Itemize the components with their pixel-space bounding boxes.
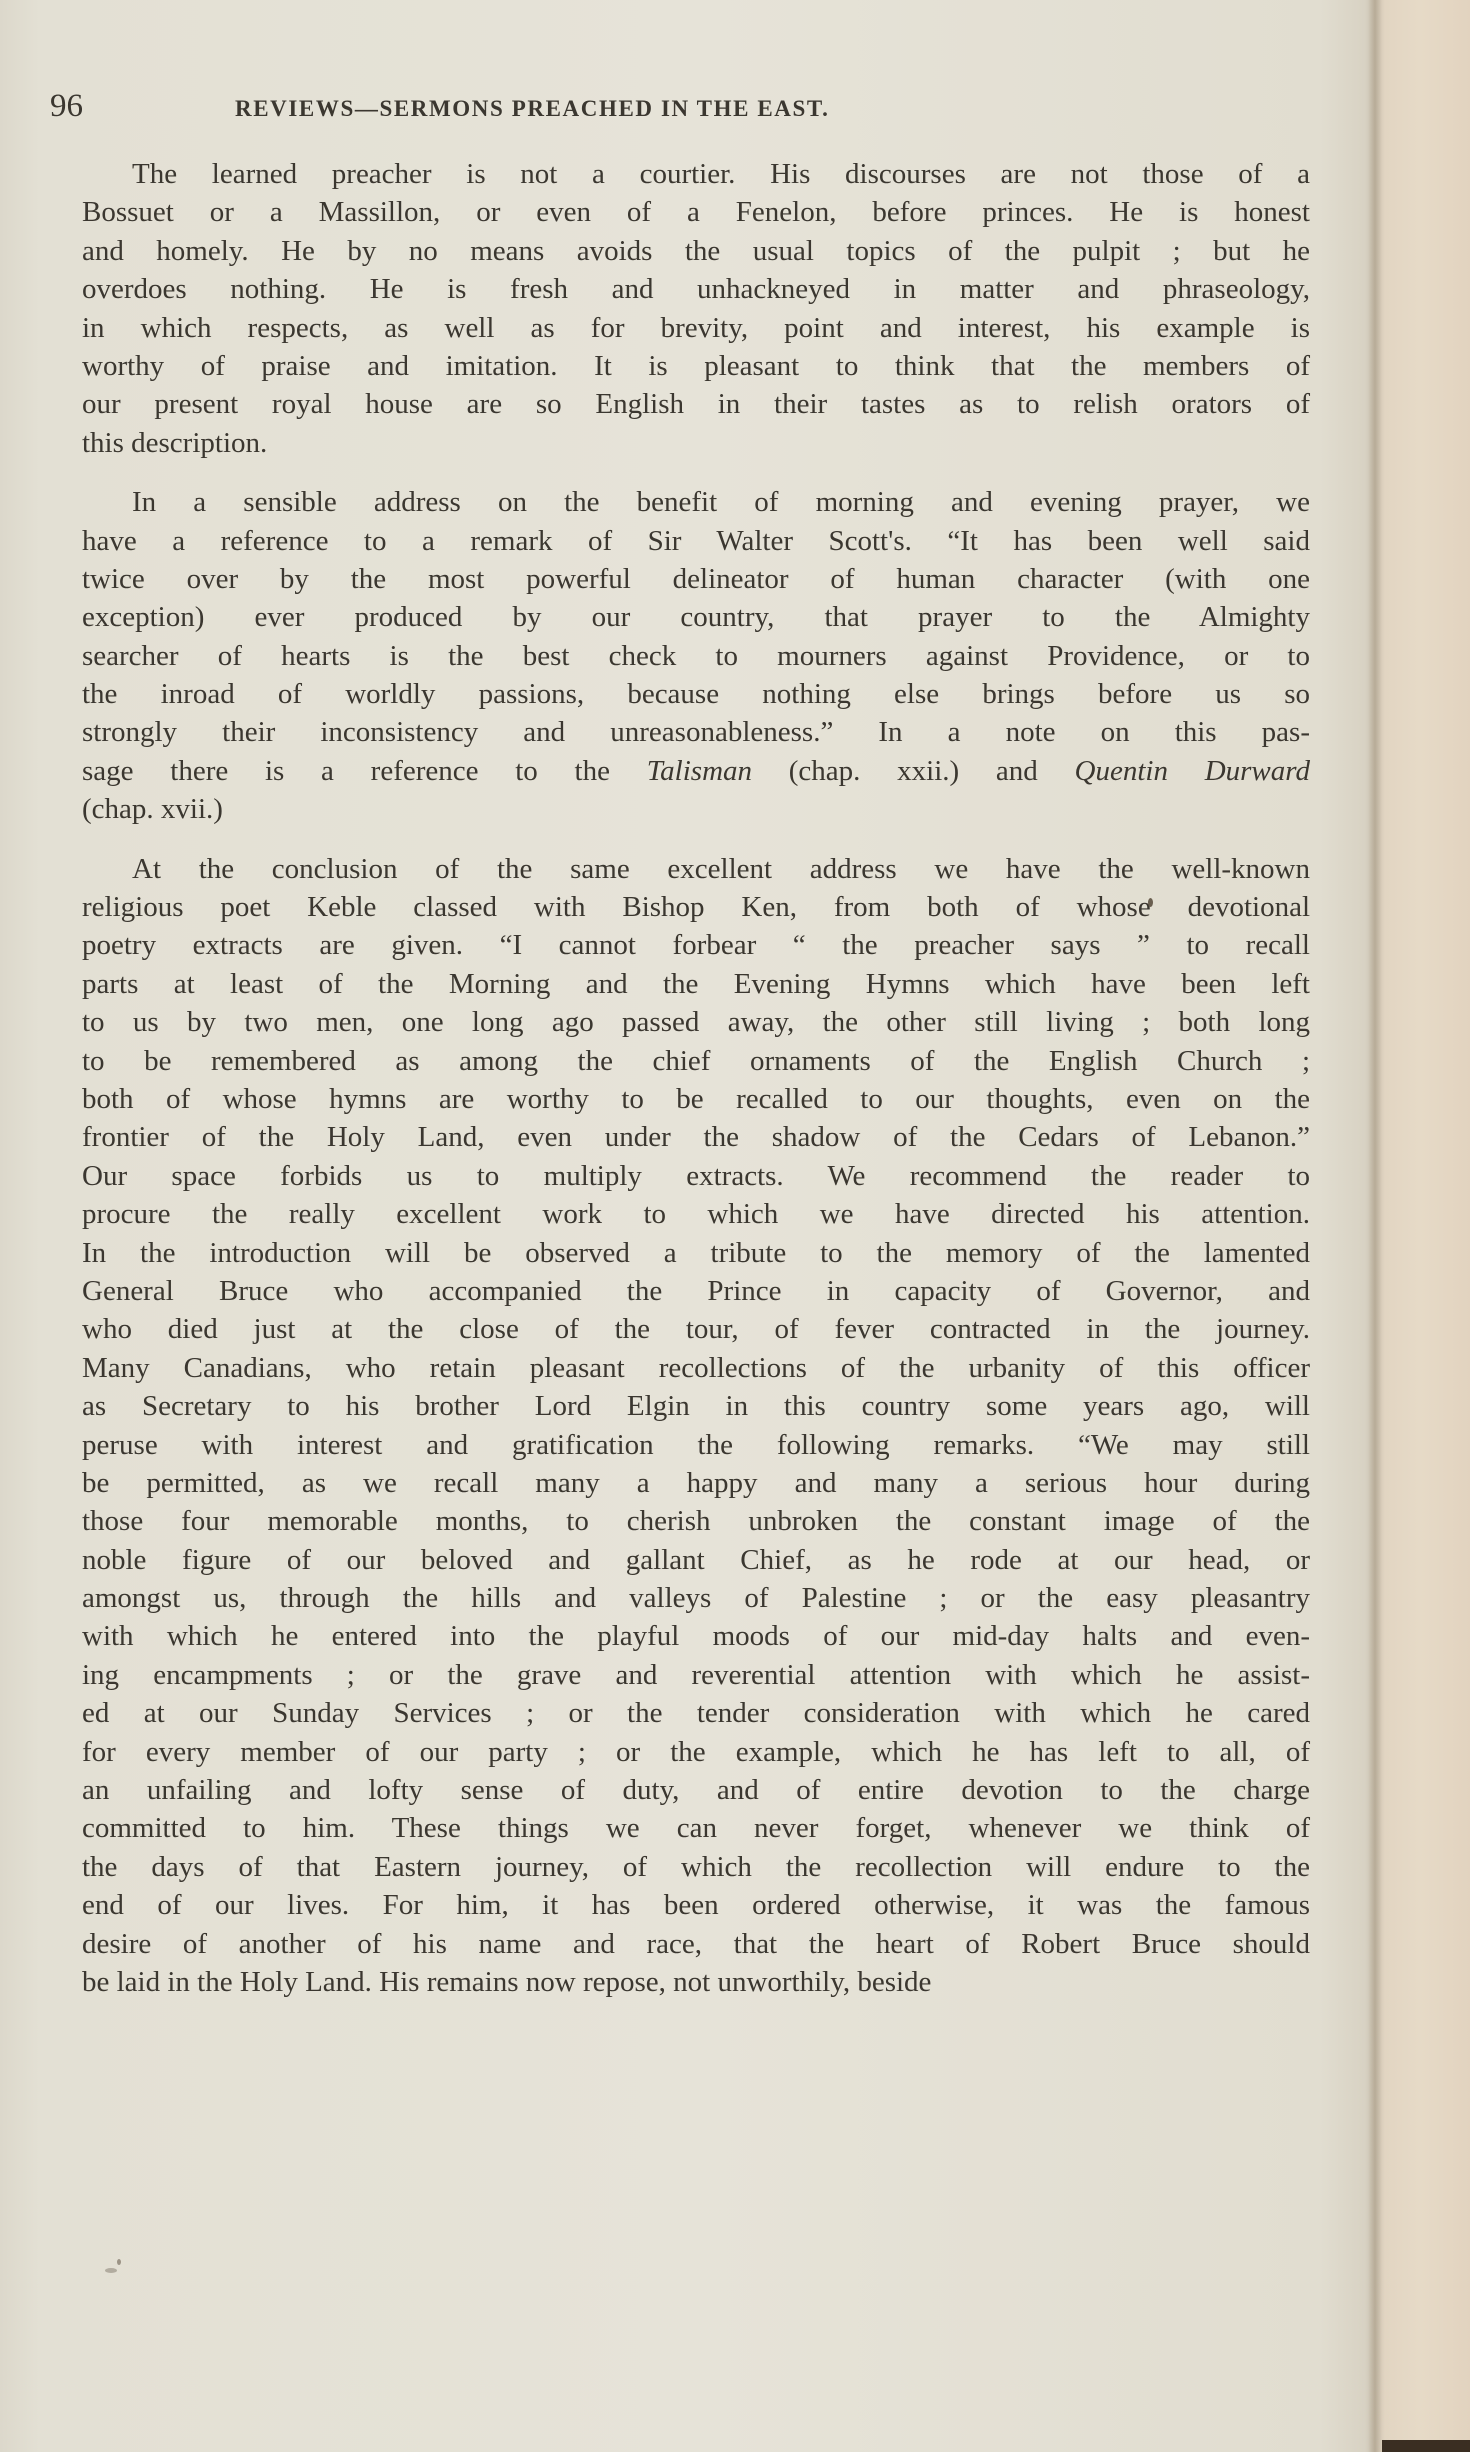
running-title: REVIEWS—SERMONS PREACHED IN THE EAST. [235,96,830,122]
text-line: sage there is a reference to the Talisma… [82,752,1310,790]
text-line: ing encampments ; or the grave and rever… [82,1656,1310,1694]
text-line: The learned preacher is not a courtier. … [82,155,1310,193]
text-line: desire of another of his name and race, … [82,1925,1310,1963]
text-line: religious poet Keble classed with Bishop… [82,888,1310,926]
text-line: overdoes nothing. He is fresh and unhack… [82,270,1310,308]
text-line: In a sensible address on the benefit of … [82,483,1310,521]
book-page: 96 REVIEWS—SERMONS PREACHED IN THE EAST.… [0,0,1470,2452]
text-line: Many Canadians, who retain pleasant reco… [82,1349,1310,1387]
text-line: General Bruce who accompanied the Prince… [82,1272,1310,1310]
text-line: twice over by the most powerful delineat… [82,560,1310,598]
ink-speck [117,2259,121,2265]
text-line: exception) ever produced by our country,… [82,598,1310,636]
paragraph: In a sensible address on the benefit of … [82,483,1310,829]
text-line: those four memorable months, to cherish … [82,1502,1310,1540]
text-line: committed to him. These things we can ne… [82,1809,1310,1847]
text-line: and homely. He by no means avoids the us… [82,232,1310,270]
text-line: to be remembered as among the chief orna… [82,1042,1310,1080]
text-line: noble figure of our beloved and gallant … [82,1541,1310,1579]
page-gutter-shadow [1368,0,1382,2452]
text-line: parts at least of the Morning and the Ev… [82,965,1310,1003]
text-line: Bossuet or a Massillon, or even of a Fen… [82,193,1310,231]
text-line: frontier of the Holy Land, even under th… [82,1118,1310,1156]
text-line: to us by two men, one long ago passed aw… [82,1003,1310,1041]
text-line: (chap. xvii.) [82,790,1310,828]
text-line: poetry extracts are given. “I cannot for… [82,926,1310,964]
text-line: searcher of hearts is the best check to … [82,637,1310,675]
text-line: both of whose hymns are worthy to be rec… [82,1080,1310,1118]
text-line: the days of that Eastern journey, of whi… [82,1848,1310,1886]
text-line: have a reference to a remark of Sir Walt… [82,522,1310,560]
text-line: an unfailing and lofty sense of duty, an… [82,1771,1310,1809]
text-line: in which respects, as well as for brevit… [82,309,1310,347]
text-line: peruse with interest and gratification t… [82,1426,1310,1464]
body-text: The learned preacher is not a courtier. … [82,155,1310,2022]
ink-speck [105,2268,117,2273]
page-number: 96 [50,88,83,125]
text-line: ed at our Sunday Services ; or the tende… [82,1694,1310,1732]
text-line: end of our lives. For him, it has been o… [82,1886,1310,1924]
text-line: as Secretary to his brother Lord Elgin i… [82,1387,1310,1425]
book-title: Quentin Durward [1075,755,1310,787]
text-line: worthy of praise and imitation. It is pl… [82,347,1310,385]
text-line: be permitted, as we recall many a happy … [82,1464,1310,1502]
page-bottom-edge [1382,2440,1470,2452]
running-head: 96 REVIEWS—SERMONS PREACHED IN THE EAST. [50,88,1320,128]
text-line: procure the really excellent work to whi… [82,1195,1310,1233]
text-line: Our space forbids us to multiply extract… [82,1157,1310,1195]
text-line: this description. [82,424,1310,462]
text-line: for every member of our party ; or the e… [82,1733,1310,1771]
text-line: our present royal house are so English i… [82,385,1310,423]
text-line: the inroad of worldly passions, because … [82,675,1310,713]
text-line: with which he entered into the playful m… [82,1617,1310,1655]
ink-speck [1148,898,1153,907]
paragraph: At the conclusion of the same excellent … [82,850,1310,2002]
text-line: At the conclusion of the same excellent … [82,850,1310,888]
text-line: be laid in the Holy Land. His remains no… [82,1963,1310,2001]
text-line: In the introduction will be observed a t… [82,1234,1310,1272]
paragraph: The learned preacher is not a courtier. … [82,155,1310,462]
text-line: amongst us, through the hills and valley… [82,1579,1310,1617]
text-line: who died just at the close of the tour, … [82,1310,1310,1348]
text-line: strongly their inconsistency and unreaso… [82,713,1310,751]
book-title: Talisman [647,755,752,787]
